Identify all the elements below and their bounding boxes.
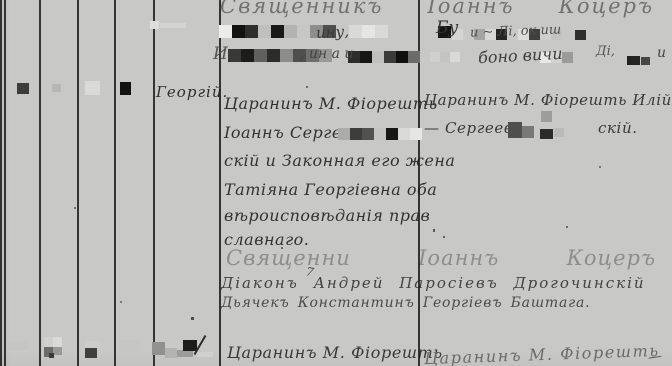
redaction-cell: [232, 25, 245, 38]
handwriting-fragment: , ин а и: [300, 47, 353, 61]
table-column-rule: [114, 0, 116, 366]
redaction-cell: [267, 49, 280, 62]
redaction-cell: [271, 25, 284, 38]
censor-block: [627, 56, 640, 65]
censor-block: [52, 84, 61, 92]
redaction-cell: [562, 52, 573, 63]
handwriting-fragment: Ді,: [596, 45, 615, 58]
censor-block: [53, 337, 62, 347]
entry-body-line-3: скій и Законная его жена: [224, 152, 455, 170]
handwriting-fragment: —: [647, 349, 663, 365]
censor-block: [53, 347, 62, 355]
censor-block: [119, 340, 140, 355]
ghost-word-priest: Священни: [226, 247, 351, 270]
censor-block: [641, 57, 650, 65]
right-column-line-1: Царанинъ М. Фіорешть Илій: [424, 92, 672, 109]
censor-block: [554, 128, 564, 137]
censor-block: [85, 81, 100, 95]
censor-block: [49, 353, 54, 358]
pixelated-redaction: [338, 128, 422, 140]
ink-speck: [599, 166, 601, 168]
handwriting-fragment: ину,: [316, 24, 350, 41]
handwriting-fragment: И: [213, 46, 228, 63]
handwriting-fragment: и: [657, 46, 666, 60]
pixelated-redaction: [430, 52, 460, 62]
table-column-rule: [153, 0, 155, 366]
censor-block: [85, 348, 97, 358]
ink-speck: [74, 207, 76, 209]
ink-speck: [433, 229, 435, 232]
entry-body-line-5: вѣроисповѣданія прав: [224, 207, 430, 225]
censor-block: [540, 129, 553, 139]
redaction-cell: [241, 49, 254, 62]
entry-body-line-4: Татіяна Георгіевна оба: [224, 181, 437, 199]
header-word-kotser: Коцеръ: [559, 0, 654, 18]
table-column-rule: [0, 0, 2, 366]
censor-block: [165, 348, 177, 358]
ghost-priest-line: Священни Іоаннъ Коцеръ: [226, 247, 656, 270]
entry-body-line-1: Царанинъ М. Фіорешть: [224, 95, 438, 113]
handwriting-fragment: Бу: [436, 20, 458, 37]
censor-block: [541, 111, 552, 122]
redaction-cell: [254, 49, 267, 62]
redaction-cell: [398, 128, 410, 140]
pixelated-redaction: [348, 51, 420, 63]
ghost-word-kotser: Коцеръ: [567, 247, 656, 270]
censor-block: [575, 30, 586, 40]
redaction-cell: [350, 128, 362, 140]
redaction-cell: [375, 25, 388, 38]
ink-speck: [191, 317, 194, 320]
censor-block: [197, 352, 213, 357]
redaction-cell: [360, 51, 372, 63]
redaction-cell: [372, 51, 384, 63]
censor-block: [85, 341, 100, 348]
redaction-cell: [450, 52, 460, 62]
entry-name-georgiy: Георгій.: [156, 84, 228, 101]
handwriting-fragment: 7: [305, 265, 315, 278]
header-word-priest: Священникъ: [220, 0, 383, 18]
redaction-cell: [410, 128, 422, 140]
redaction-cell: [258, 25, 271, 38]
censor-block: [165, 336, 180, 348]
redaction-cell: [297, 25, 310, 38]
right-column-line-2b: скій.: [598, 120, 638, 137]
bottom-entry-right-text: Царанинъ М. Фіорешть: [424, 342, 660, 366]
redaction-cell: [362, 128, 374, 140]
censor-block: [150, 21, 159, 29]
redaction-cell: [374, 128, 386, 140]
table-column-rule: [77, 0, 79, 366]
header-word-ioann: Іоаннъ: [427, 0, 514, 18]
scanned-register-page: Священникъ Іоаннъ Коцеръ Георгій. Царани…: [0, 0, 672, 366]
redaction-cell: [384, 51, 396, 63]
redaction-cell: [280, 49, 293, 62]
handwriting-fragment: боно вичи: [478, 46, 563, 66]
handwriting-fragment: и ~ Лі, ок иш: [470, 23, 562, 39]
redaction-cell: [408, 51, 420, 63]
redaction-cell: [430, 52, 440, 62]
censor-block: [120, 82, 131, 95]
censor-block: [177, 350, 193, 357]
censor-block: [8, 341, 28, 350]
censor-block: [508, 122, 522, 138]
redaction-cell: [245, 25, 258, 38]
ink-speck: [443, 236, 445, 238]
redaction-cell: [349, 25, 362, 38]
redaction-cell: [284, 25, 297, 38]
censor-block: [17, 83, 29, 94]
ghost-word-ioann: Іоаннъ: [418, 247, 499, 270]
clerk-line: Дьячекъ Константинъ Георгіевъ Баштага.: [221, 296, 590, 311]
ink-speck: [281, 247, 283, 249]
redaction-cell: [362, 25, 375, 38]
redaction-cell: [338, 128, 350, 140]
redaction-cell: [219, 25, 232, 38]
redaction-cell: [440, 52, 450, 62]
table-column-rule: [4, 0, 6, 366]
pixelated-redaction: [219, 25, 388, 38]
deacon-line: Діаконъ Андрей Паросіевъ Дрогочинскій: [221, 275, 646, 292]
redaction-cell: [228, 49, 241, 62]
censor-block: [160, 23, 186, 28]
censor-block: [522, 126, 534, 138]
redaction-cell: [396, 51, 408, 63]
ink-speck: [306, 86, 308, 88]
header-priest-line: Священникъ Іоаннъ Коцеръ: [220, 0, 654, 18]
table-column-rule: [39, 0, 41, 366]
censor-block: [152, 342, 165, 355]
censor-block: [44, 337, 53, 347]
bottom-entry-left-text: Царанинъ М. Фіорешть: [227, 344, 443, 362]
ink-speck: [566, 226, 568, 228]
redaction-cell: [386, 128, 398, 140]
ink-speck: [120, 301, 122, 303]
